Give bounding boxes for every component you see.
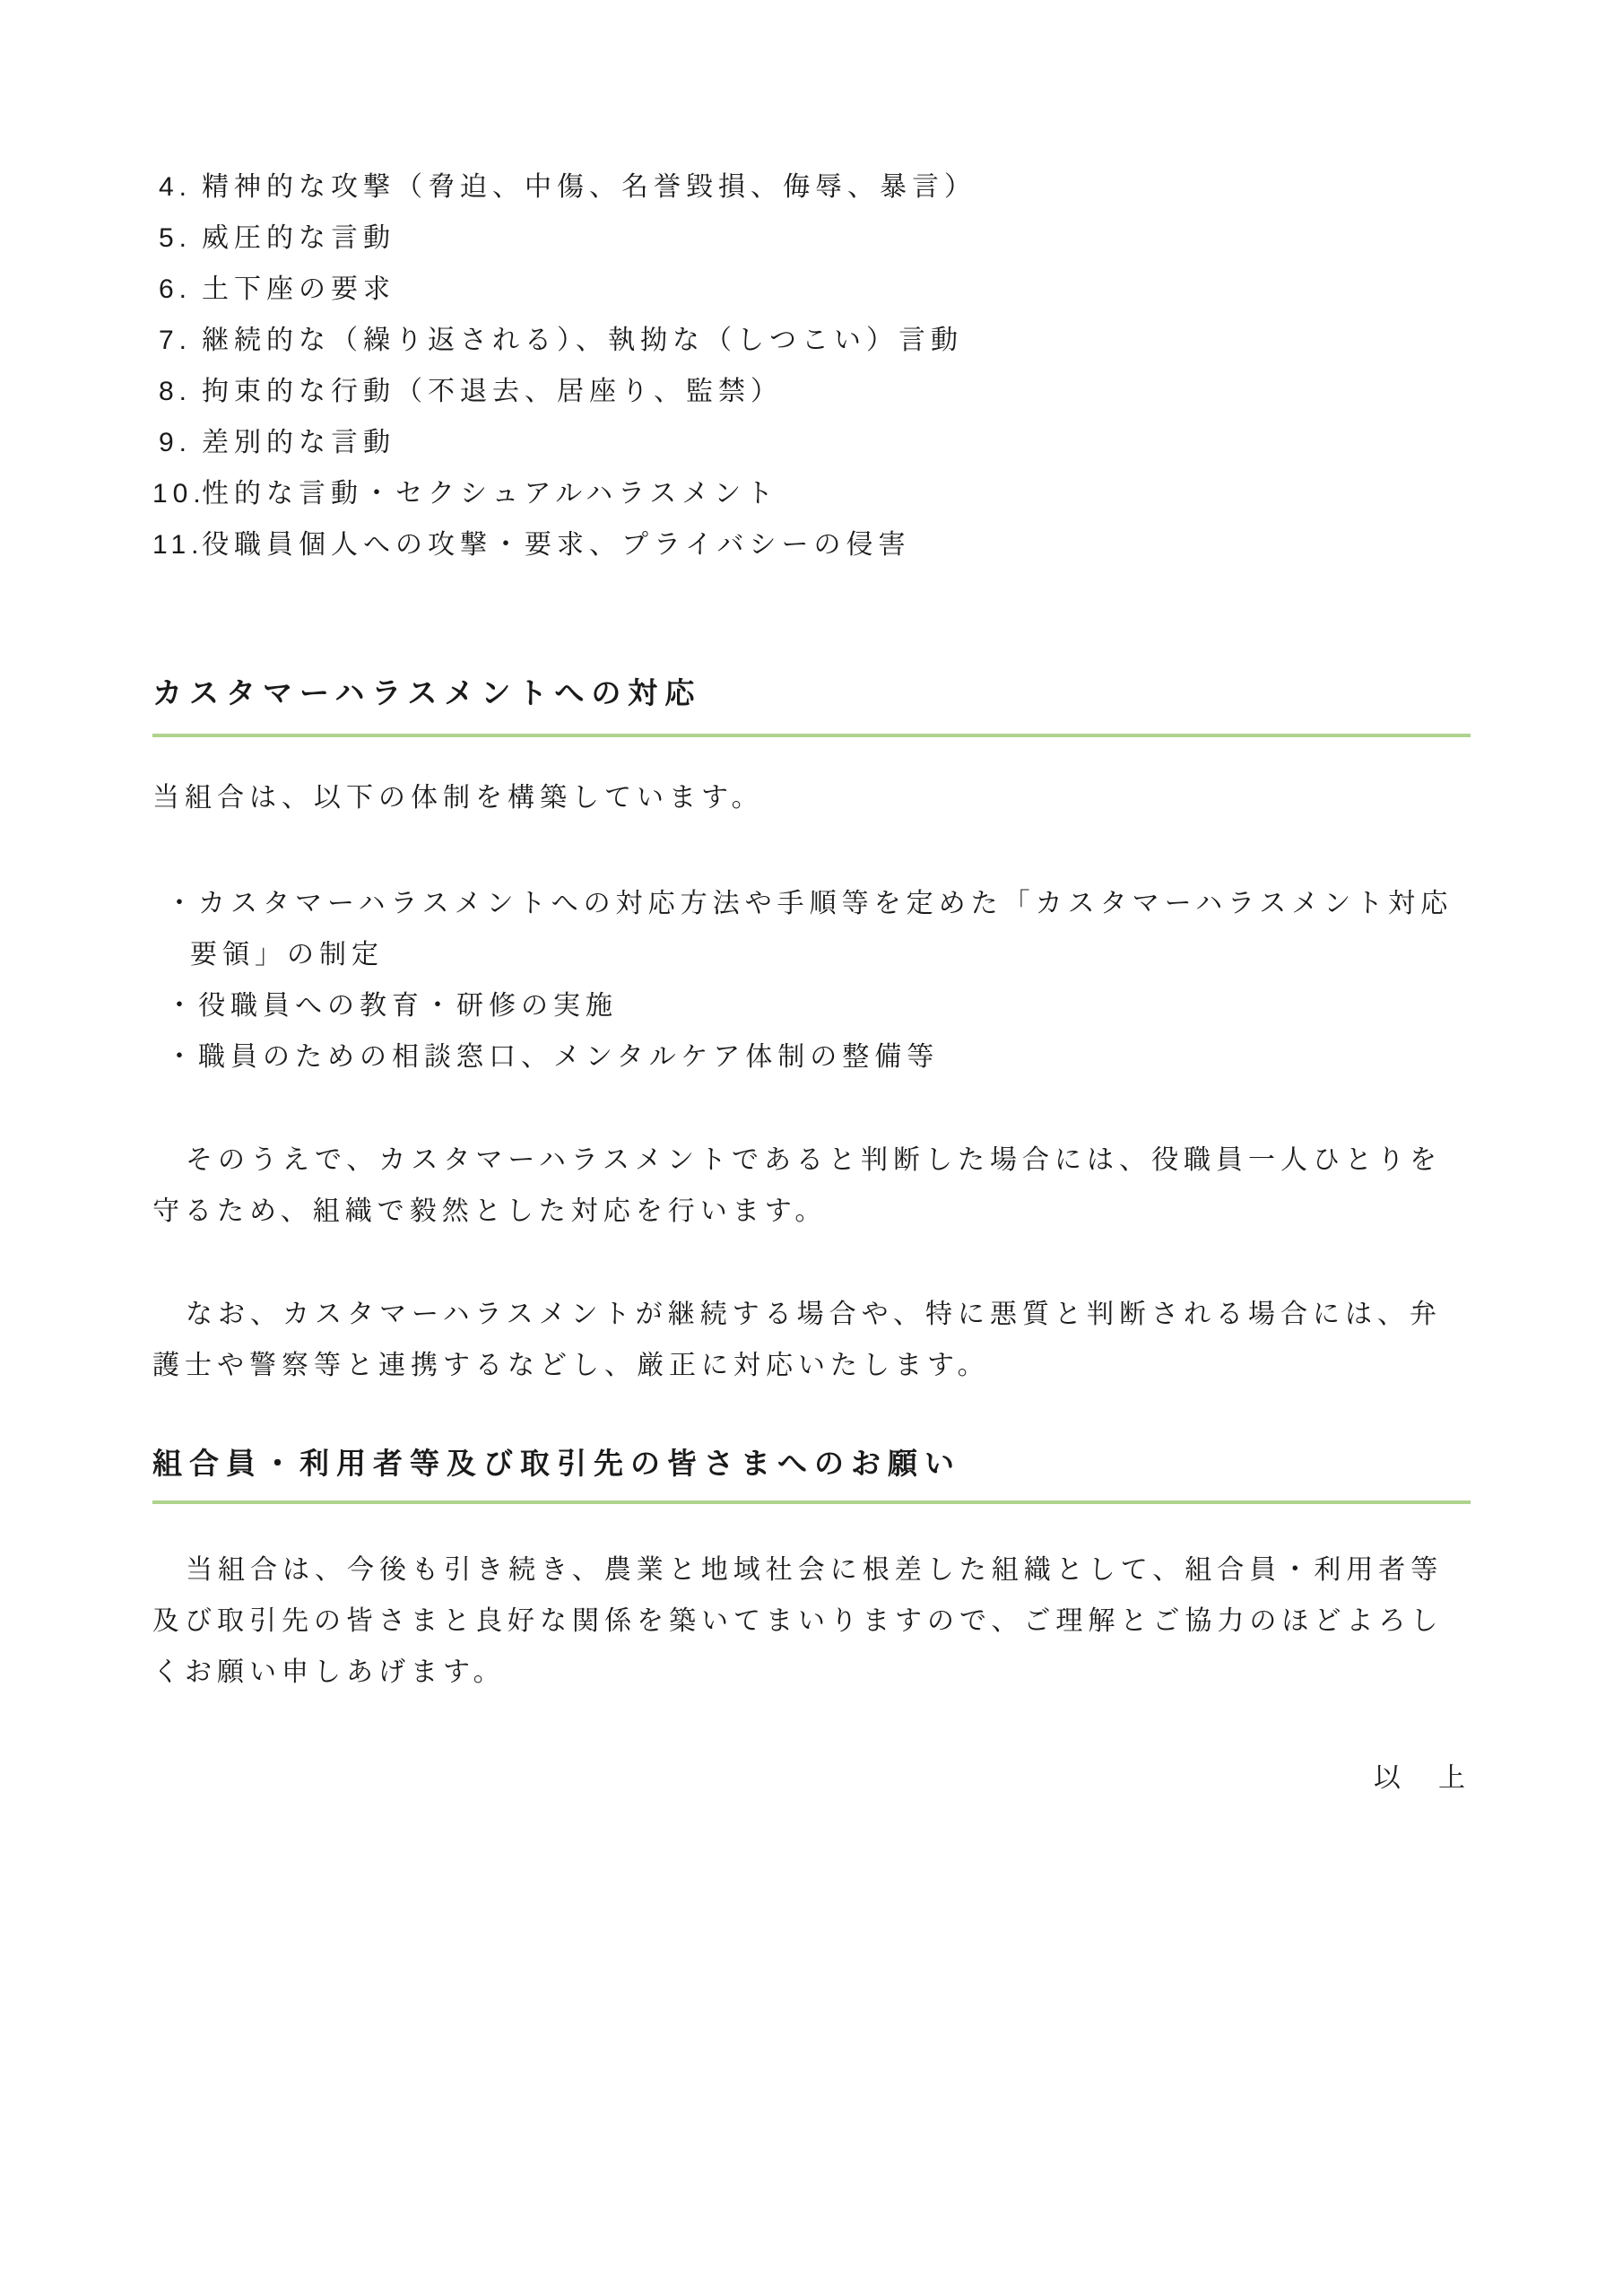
list-item-text: 差別的な言動 xyxy=(202,417,395,468)
section-heading-request: 組合員・利用者等及び取引先の皆さまへのお願い xyxy=(152,1438,1471,1489)
section-rule xyxy=(152,734,1471,737)
list-item-text: 役職員個人への攻撃・要求、プライバシーの侵害 xyxy=(202,519,911,570)
section-heading-response: カスタマーハラスメントへの対応 xyxy=(152,667,1471,718)
list-item-number: 11. xyxy=(152,519,202,570)
body-line: 守るため、組織で毅然とした対応を行います。 xyxy=(152,1186,1471,1237)
paragraph-resolute-response: そのうえで、カスタマーハラスメントであると判断した場合には、役職員一人ひとりを … xyxy=(152,1135,1471,1237)
list-item-number: 5. xyxy=(152,213,202,264)
bullet-line: ・職員のための相談窓口、メンタルケア体制の整備等 xyxy=(166,1031,1471,1083)
intro-line: 当組合は、以下の体制を構築しています。 xyxy=(152,772,1471,823)
bullet-continuation-line: 要領」の制定 xyxy=(190,929,1471,980)
list-item-number: 4. xyxy=(152,161,202,213)
closing-text: 以 上 xyxy=(152,1752,1482,1804)
list-item: 11. 役職員個人への攻撃・要求、プライバシーの侵害 xyxy=(152,519,1471,570)
list-item-number: 6. xyxy=(152,264,202,315)
list-item-text: 土下座の要求 xyxy=(202,264,395,315)
body-line: 当組合は、今後も引き続き、農業と地域社会に根差した組織として、組合員・利用者等 xyxy=(152,1544,1471,1596)
list-item-number: 10. xyxy=(152,468,202,519)
paragraph-escalation: なお、カスタマーハラスメントが継続する場合や、特に悪質と判断される場合には、弁 … xyxy=(152,1289,1471,1391)
list-item-text: 性的な言動・セクシュアルハラスメント xyxy=(202,468,778,519)
list-item: 4. 精神的な攻撃（脅迫、中傷、名誉毀損、侮辱、暴言） xyxy=(152,161,1471,213)
paragraph-request: 当組合は、今後も引き続き、農業と地域社会に根差した組織として、組合員・利用者等 … xyxy=(152,1544,1471,1698)
list-item-number: 8. xyxy=(152,366,202,417)
list-item-text: 拘束的な行動（不退去、居座り、監禁） xyxy=(202,366,783,417)
measures-bullet-list: ・カスタマーハラスメントへの対応方法や手順等を定めた「カスタマーハラスメント対応… xyxy=(152,878,1471,1083)
list-item: 5. 威圧的な言動 xyxy=(152,213,1471,264)
list-item: 9. 差別的な言動 xyxy=(152,417,1471,468)
harassment-type-list: 4. 精神的な攻撃（脅迫、中傷、名誉毀損、侮辱、暴言） 5. 威圧的な言動 6.… xyxy=(152,161,1471,570)
list-item-text: 威圧的な言動 xyxy=(202,213,395,264)
list-item-text: 精神的な攻撃（脅迫、中傷、名誉毀損、侮辱、暴言） xyxy=(202,161,976,213)
section-rule xyxy=(152,1500,1471,1504)
body-line: 護士や警察等と連携するなどし、厳正に対応いたします。 xyxy=(152,1340,1471,1391)
list-item: 6. 土下座の要求 xyxy=(152,264,1471,315)
body-line: そのうえで、カスタマーハラスメントであると判断した場合には、役職員一人ひとりを xyxy=(152,1135,1471,1186)
list-item-number: 9. xyxy=(152,417,202,468)
list-item: 8. 拘束的な行動（不退去、居座り、監禁） xyxy=(152,366,1471,417)
list-item: 10. 性的な言動・セクシュアルハラスメント xyxy=(152,468,1471,519)
bullet-line: ・役職員への教育・研修の実施 xyxy=(166,980,1471,1031)
list-item-number: 7. xyxy=(152,315,202,366)
document-page: 4. 精神的な攻撃（脅迫、中傷、名誉毀損、侮辱、暴言） 5. 威圧的な言動 6.… xyxy=(0,0,1623,2296)
body-line: なお、カスタマーハラスメントが継続する場合や、特に悪質と判断される場合には、弁 xyxy=(152,1289,1471,1340)
bullet-line: ・カスタマーハラスメントへの対応方法や手順等を定めた「カスタマーハラスメント対応 xyxy=(166,878,1471,929)
body-line: くお願い申しあげます。 xyxy=(152,1647,1471,1698)
list-item: 7. 継続的な（繰り返される）、執拗な（しつこい）言動 xyxy=(152,315,1471,366)
body-line: 及び取引先の皆さまと良好な関係を築いてまいりますので、ご理解とご協力のほどよろし xyxy=(152,1596,1471,1647)
list-item-text: 継続的な（繰り返される）、執拗な（しつこい）言動 xyxy=(202,315,963,366)
